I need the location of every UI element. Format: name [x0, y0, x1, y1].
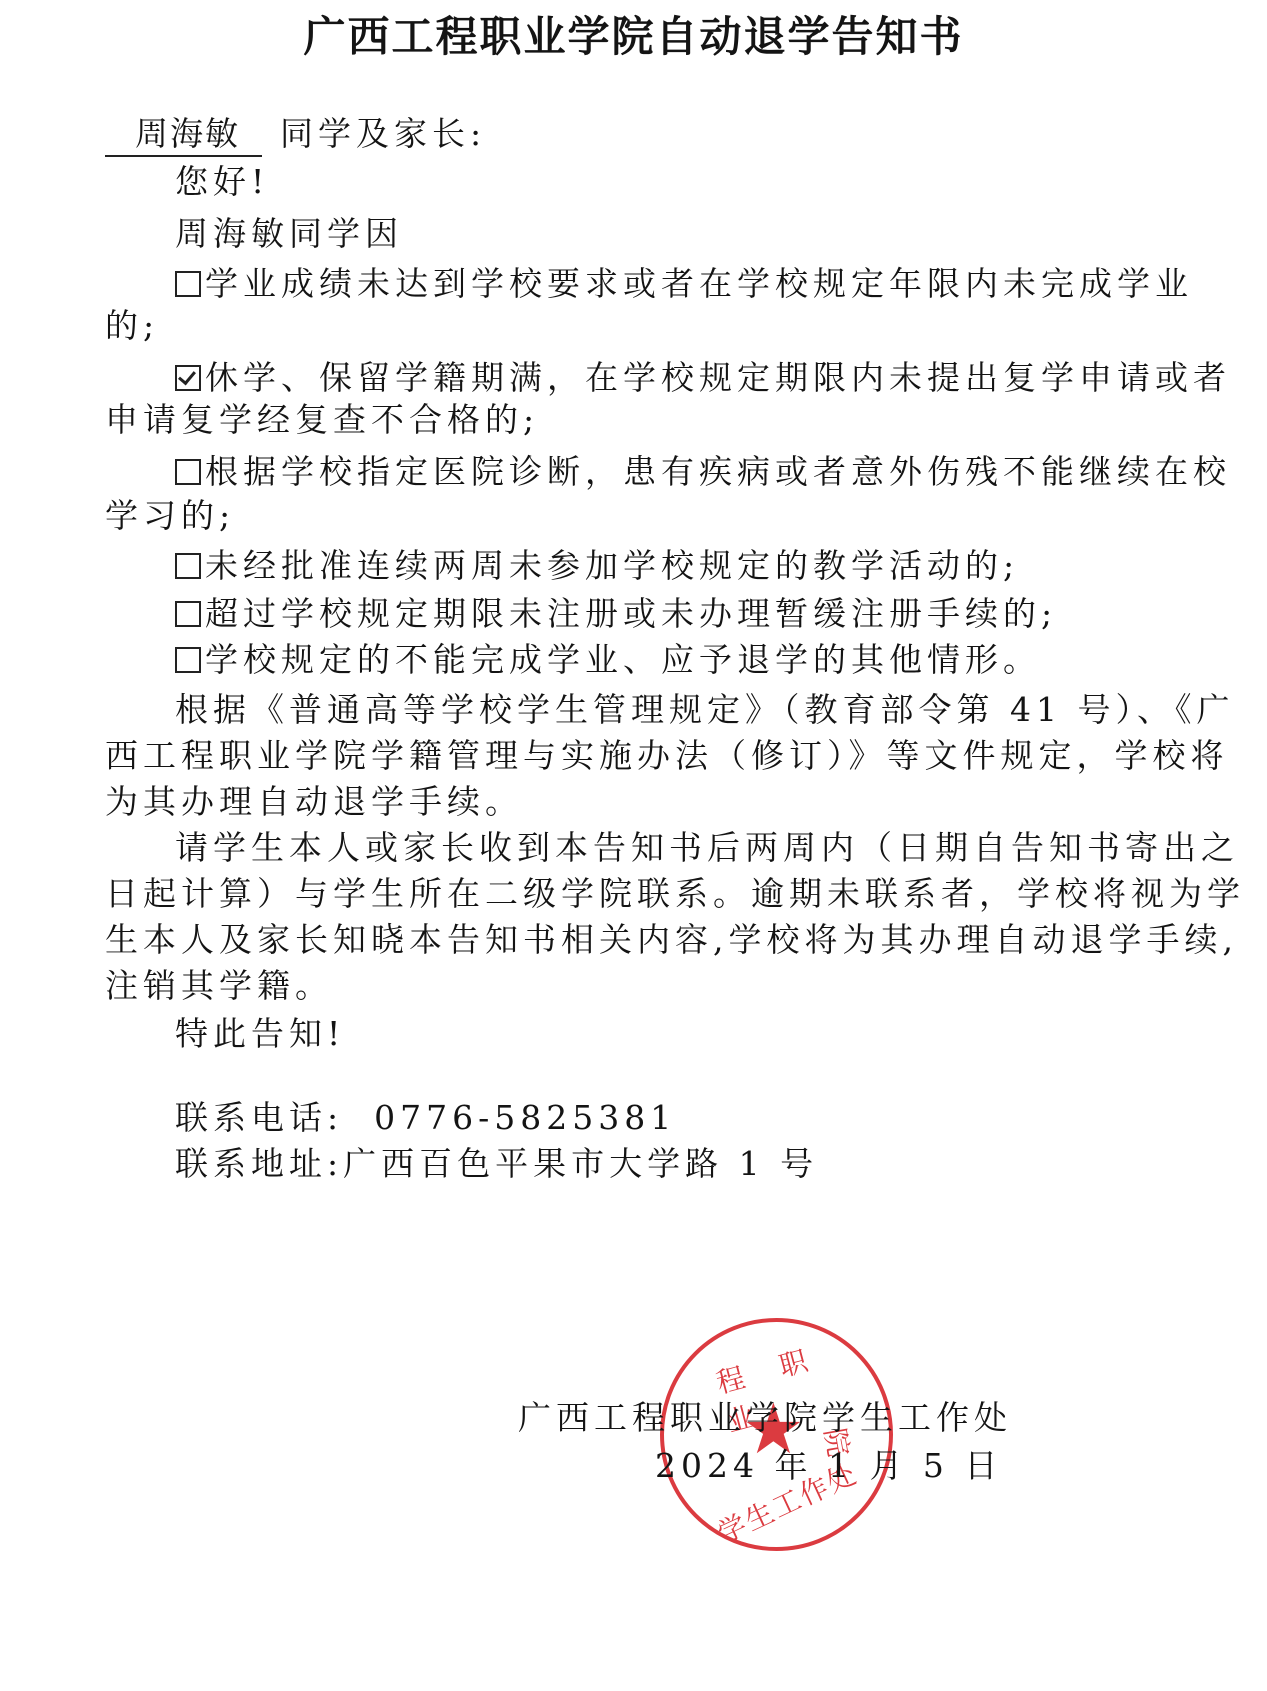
reason-6: 学校规定的不能完成学业、应予退学的其他情形。 — [175, 634, 1041, 681]
checkbox-reason-5 — [175, 601, 201, 627]
basis-line-1: 根据《普通高等学校学生管理规定》（教育部令第 41 号）、《广 — [175, 684, 1234, 731]
checkbox-reason-3 — [175, 459, 201, 485]
signature-date: 2024 年 1 月 5 日 — [655, 1440, 1002, 1487]
phone-label: 联系电话: — [175, 1098, 343, 1137]
salutation: 周海敏同学及家长: — [105, 108, 486, 157]
greeting: 您好! — [175, 156, 269, 203]
address-value: 广西百色平果市大学路 1 号 — [343, 1144, 818, 1183]
phone-number: 0776-5825381 — [374, 1098, 676, 1137]
student-name: 周海敏 — [105, 108, 262, 157]
reason-1-cont: 的; — [105, 300, 159, 347]
reason-5: 超过学校规定期限未注册或未办理暂缓注册手续的; — [175, 588, 1057, 635]
reason-2: 休学、保留学籍期满，在学校规定期限内未提出复学申请或者 — [175, 352, 1231, 399]
request-line-4: 注销其学籍。 — [105, 960, 333, 1007]
intro: 周海敏同学因 — [175, 208, 403, 255]
checkbox-reason-2-checked — [175, 365, 201, 391]
address-label: 联系地址: — [175, 1144, 343, 1183]
checkbox-reason-6 — [175, 647, 201, 673]
checkbox-reason-4 — [175, 553, 201, 579]
reason-3-cont: 学习的; — [105, 490, 235, 537]
contact-phone: 联系电话: 0776-5825381 — [175, 1092, 676, 1139]
reason-1: 学业成绩未达到学校要求或者在学校规定年限内未完成学业 — [175, 258, 1193, 305]
reason-3: 根据学校指定医院诊断，患有疾病或者意外伤残不能继续在校 — [175, 446, 1231, 493]
contact-address: 联系地址:广西百色平果市大学路 1 号 — [175, 1138, 818, 1185]
document-title: 广西工程职业学院自动退学告知书 — [0, 4, 1267, 64]
reason-2-cont: 申请复学经复查不合格的; — [105, 394, 539, 441]
checkbox-reason-1 — [175, 271, 201, 297]
basis-line-2: 西工程职业学院学籍管理与实施办法（修订）》等文件规定，学校将 — [105, 730, 1229, 777]
request-line-3: 生本人及家长知晓本告知书相关内容,学校将为其办理自动退学手续, — [105, 914, 1238, 961]
closing: 特此告知! — [175, 1008, 345, 1055]
signature-org: 广西工程职业学院学生工作处 — [518, 1392, 1012, 1439]
request-line-1: 请学生本人或家长收到本告知书后两周内（日期自告知书寄出之 — [175, 822, 1239, 869]
request-line-2: 日起计算）与学生所在二级学院联系。逾期未联系者，学校将视为学 — [105, 868, 1245, 915]
reason-4: 未经批准连续两周未参加学校规定的教学活动的; — [175, 540, 1019, 587]
salutation-suffix: 同学及家长: — [280, 114, 486, 153]
basis-line-3: 为其办理自动退学手续。 — [105, 776, 523, 823]
